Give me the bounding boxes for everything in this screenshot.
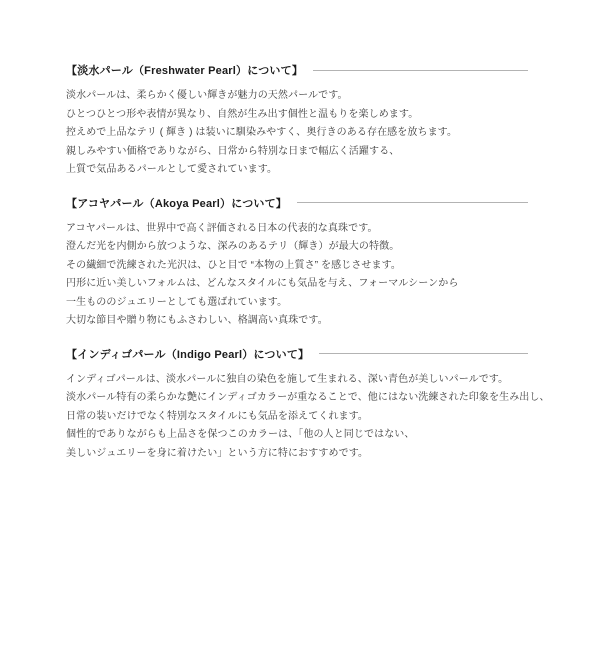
section-heading-indigo: 【インディゴパール（Indigo Pearl）について】 bbox=[66, 346, 309, 362]
section-heading-akoya: 【アコヤパール（Akoya Pearl）について】 bbox=[66, 195, 287, 211]
heading-rule bbox=[313, 70, 528, 71]
body-line: アコヤパールは、世界中で高く評価される日本の代表的な真珠です。 bbox=[66, 220, 600, 239]
document-page: 【淡水パール（Freshwater Pearl）について】 淡水パールは、柔らか… bbox=[0, 0, 600, 650]
body-line: ひとつひとつ形や表情が異なり、自然が生み出す個性と温もりを楽しめます。 bbox=[66, 106, 600, 125]
body-line: 日常の装いだけでなく特別なスタイルにも気品を添えてくれます。 bbox=[66, 408, 600, 427]
section-heading-row: 【淡水パール（Freshwater Pearl）について】 bbox=[66, 61, 528, 79]
body-line: 個性的でありながらも上品さを保つこのカラーは、「他の人と同じではない、 bbox=[66, 426, 600, 445]
body-line: その繊細で洗練された光沢は、ひと目で “本物の上質さ” を感じさせます。 bbox=[66, 257, 600, 276]
heading-rule bbox=[297, 202, 528, 203]
body-line: 淡水パール特有の柔らかな艶にインディゴカラーが重なることで、他にはない洗練された… bbox=[66, 389, 600, 408]
heading-rule bbox=[319, 353, 528, 354]
body-line: 淡水パールは、柔らかく優しい輝きが魅力の天然パールです。 bbox=[66, 87, 600, 106]
body-line: 円形に近い美しいフォルムは、どんなスタイルにも気品を与え、フォーマルシーンから bbox=[66, 275, 600, 294]
section-freshwater-pearl: 【淡水パール（Freshwater Pearl）について】 淡水パールは、柔らか… bbox=[66, 61, 600, 180]
section-heading-row: 【インディゴパール（Indigo Pearl）について】 bbox=[66, 345, 528, 363]
body-line: 澄んだ光を内側から放つような、深みのあるテリ（輝き）が最大の特徴。 bbox=[66, 238, 600, 257]
body-line: 上質で気品あるパールとして愛されています。 bbox=[66, 161, 600, 180]
section-body-akoya: アコヤパールは、世界中で高く評価される日本の代表的な真珠です。 澄んだ光を内側か… bbox=[66, 220, 600, 331]
section-indigo-pearl: 【インディゴパール（Indigo Pearl）について】 インディゴパールは、淡… bbox=[66, 345, 600, 464]
section-heading-freshwater: 【淡水パール（Freshwater Pearl）について】 bbox=[66, 62, 303, 78]
body-line: 親しみやすい価格でありながら、日常から特別な日まで幅広く活躍する、 bbox=[66, 143, 600, 162]
body-line: インディゴパールは、淡水パールに独自の染色を施して生まれる、深い青色が美しいパー… bbox=[66, 371, 600, 390]
section-body-indigo: インディゴパールは、淡水パールに独自の染色を施して生まれる、深い青色が美しいパー… bbox=[66, 371, 600, 464]
section-akoya-pearl: 【アコヤパール（Akoya Pearl）について】 アコヤパールは、世界中で高く… bbox=[66, 194, 600, 331]
body-line: 美しいジュエリーを身に着けたい」という方に特におすすめです。 bbox=[66, 445, 600, 464]
section-heading-row: 【アコヤパール（Akoya Pearl）について】 bbox=[66, 194, 528, 212]
body-line: 一生もののジュエリーとしても選ばれています。 bbox=[66, 294, 600, 313]
section-body-freshwater: 淡水パールは、柔らかく優しい輝きが魅力の天然パールです。 ひとつひとつ形や表情が… bbox=[66, 87, 600, 180]
body-line: 大切な節目や贈り物にもふさわしい、格調高い真珠です。 bbox=[66, 312, 600, 331]
body-line: 控えめで上品なテリ ( 輝き ) は装いに馴染みやすく、奥行きのある存在感を放ち… bbox=[66, 124, 600, 143]
